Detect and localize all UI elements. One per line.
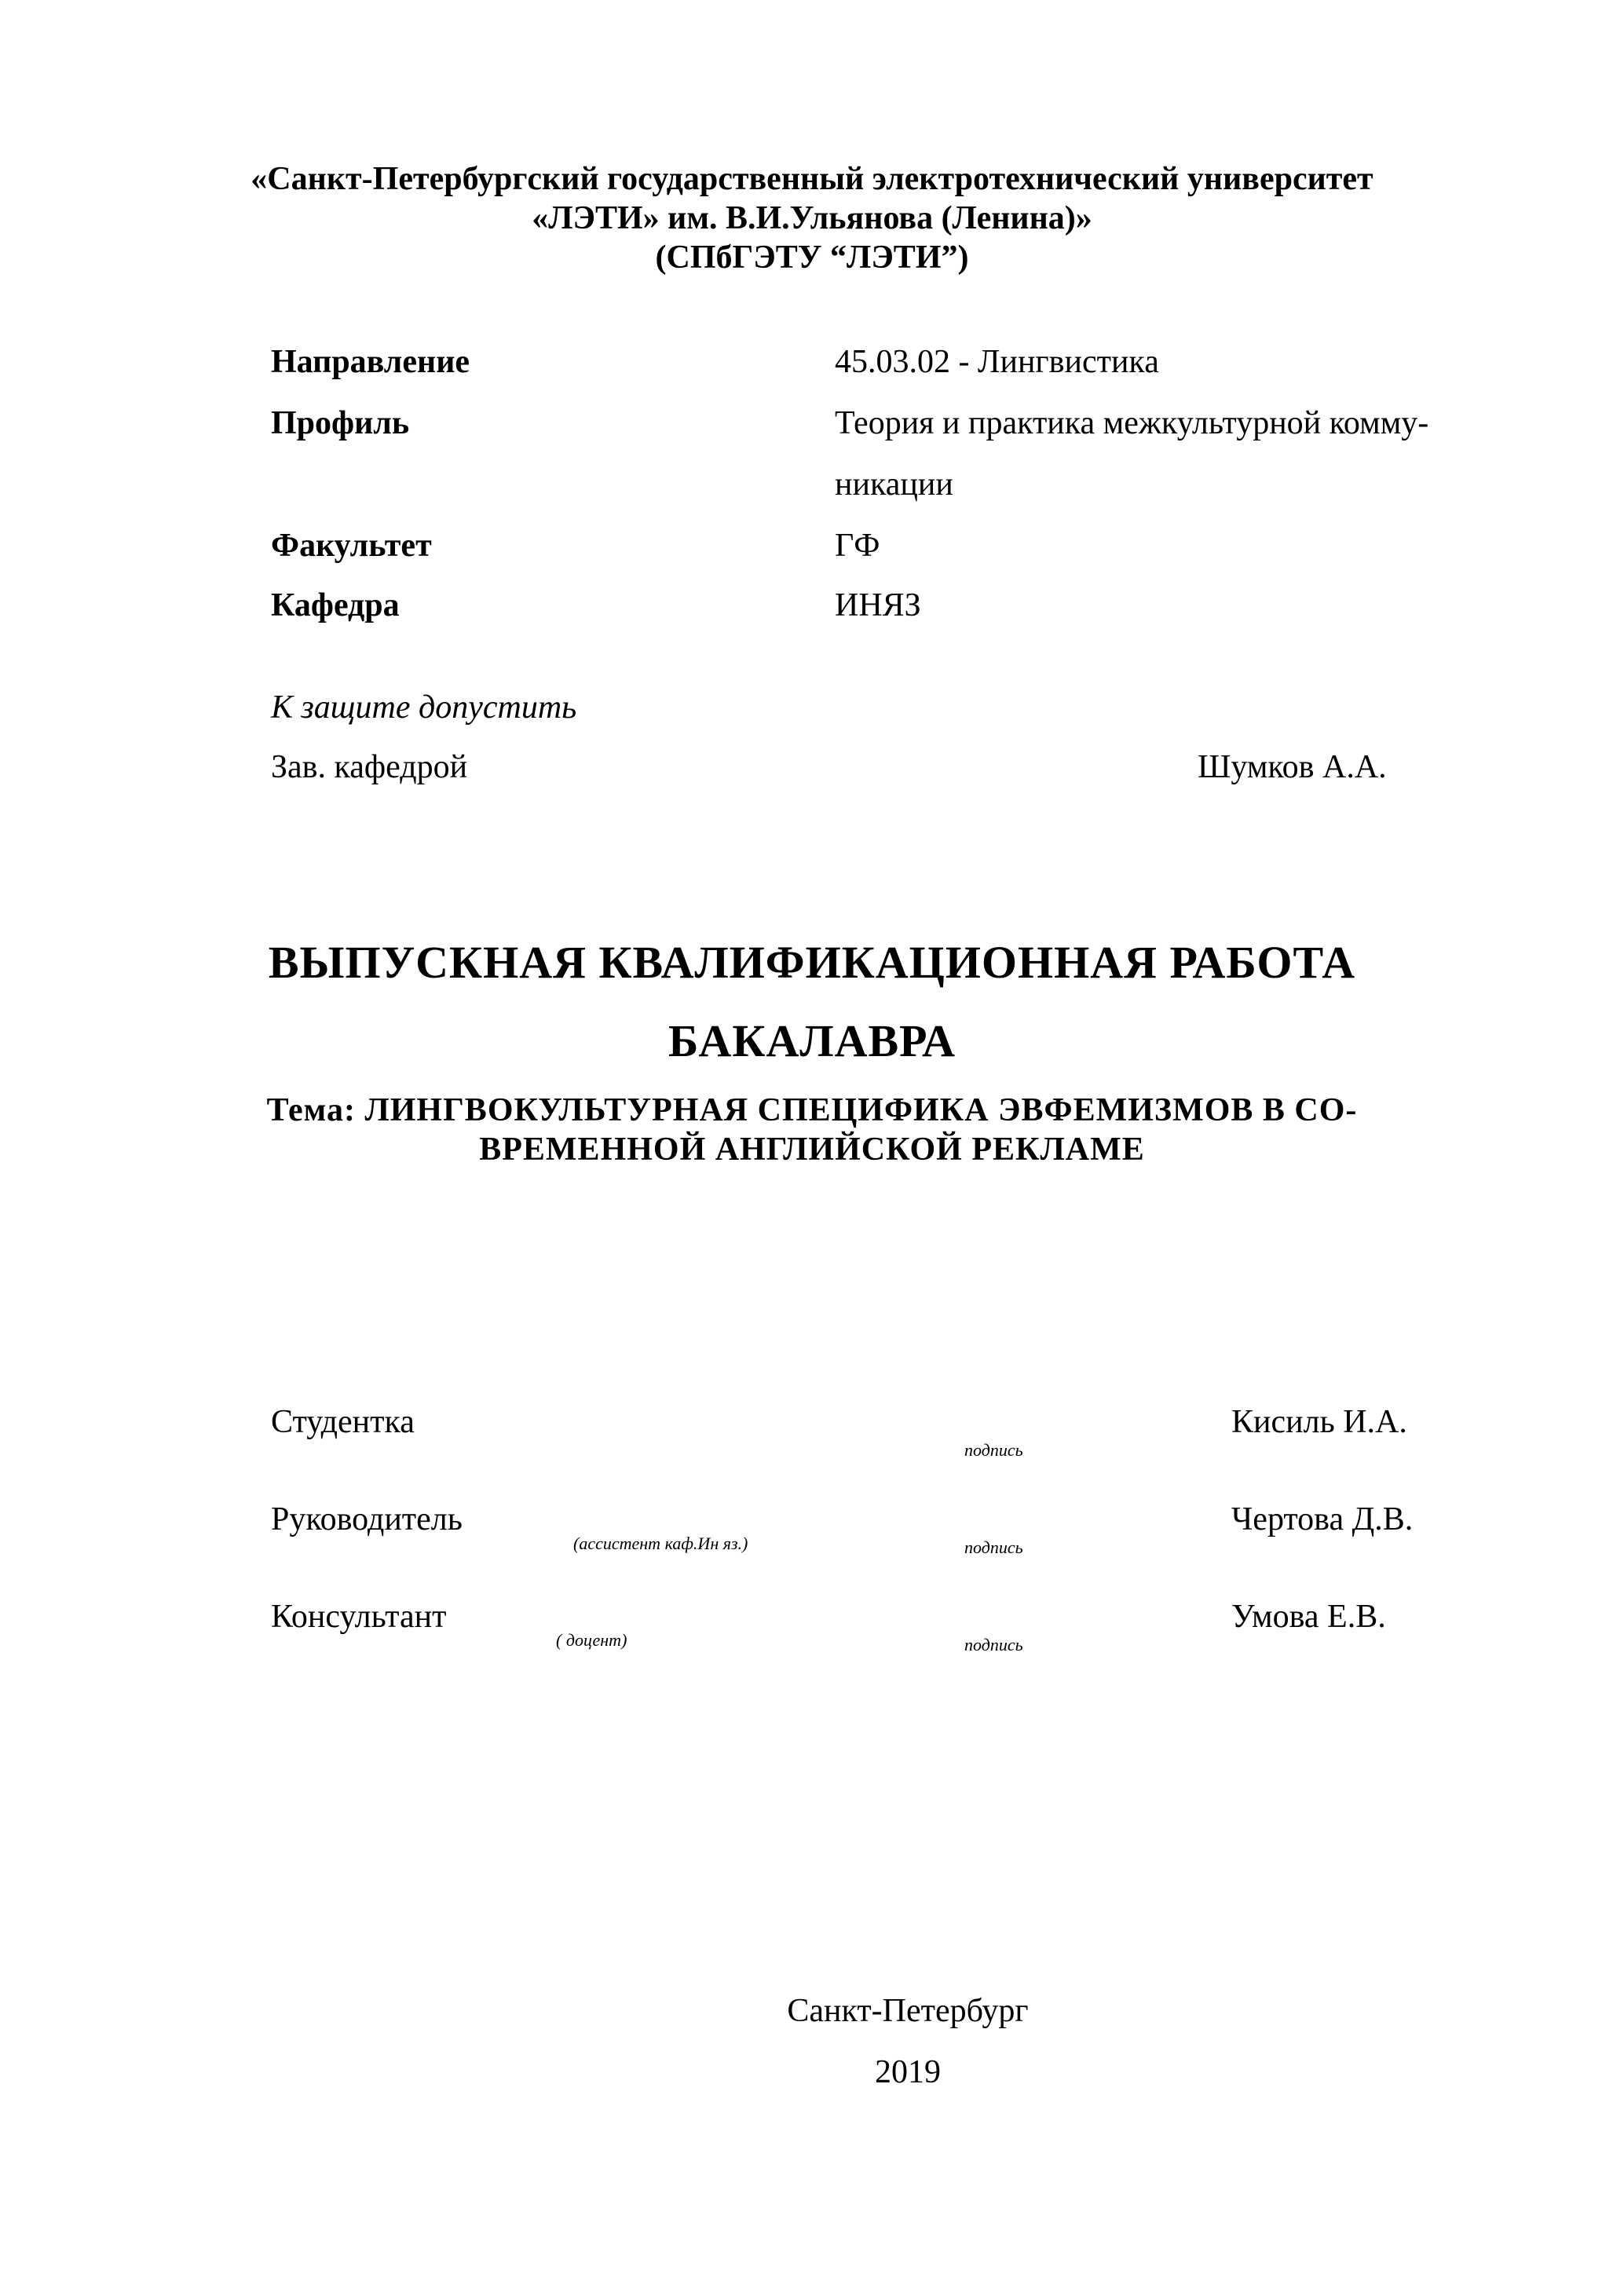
admit-to-defense: К защите допустить: [271, 691, 576, 724]
document-title-line2: БАКАЛАВРА: [0, 1018, 1624, 1064]
signature-name-consultant: Умова Е.В.: [1231, 1600, 1386, 1633]
info-value-faculty: ГФ: [835, 529, 880, 562]
year: 2019: [0, 2056, 1624, 2089]
info-value-profile-cont: никации: [835, 468, 953, 501]
info-value-profile: Теория и практика межкультурной комму-: [835, 407, 1428, 440]
thesis-topic-line1: Тема: ЛИНГВОКУЛЬТУРНАЯ СПЕЦИФИКА ЭВФЕМИЗ…: [0, 1094, 1624, 1127]
signature-role-consultant: Консультант: [271, 1600, 447, 1633]
info-label-profile: Профиль: [271, 407, 409, 440]
signature-name-supervisor: Чертова Д.В.: [1231, 1503, 1413, 1536]
thesis-topic-line2: ВРЕМЕННОЙ АНГЛИЙСКОЙ РЕКЛАМЕ: [0, 1133, 1624, 1166]
city: Санкт-Петербург: [0, 1994, 1624, 2027]
signature-name-student: Кисиль И.А.: [1231, 1406, 1407, 1439]
info-label-faculty: Факультет: [271, 529, 432, 562]
signature-position-supervisor: (ассистент каф.Ин яз.): [573, 1535, 748, 1552]
signature-hint-supervisor: подпись: [964, 1539, 1023, 1556]
info-label-direction: Направление: [271, 345, 470, 378]
head-of-department-label: Зав. кафедрой: [271, 751, 467, 784]
signature-position-consultant: ( доцент): [556, 1632, 627, 1649]
signature-role-supervisor: Руководитель: [271, 1503, 463, 1536]
signature-hint-consultant: подпись: [964, 1636, 1023, 1654]
signature-role-student: Студентка: [271, 1406, 415, 1439]
info-label-department: Кафедра: [271, 589, 400, 622]
info-value-department: ИНЯЗ: [835, 589, 921, 622]
head-of-department-name: Шумков А.А.: [1198, 751, 1387, 784]
university-abbreviation: (СПбГЭТУ “ЛЭТИ”): [0, 241, 1624, 274]
university-name-line1: «Санкт-Петербургский государственный эле…: [0, 163, 1624, 196]
info-value-direction: 45.03.02 - Лингвистика: [835, 345, 1159, 378]
university-name-line2: «ЛЭТИ» им. В.И.Ульянова (Ленина)»: [0, 202, 1624, 235]
document-title-line1: ВЫПУСКНАЯ КВАЛИФИКАЦИОННАЯ РАБОТА: [0, 940, 1624, 985]
signature-hint-student: подпись: [964, 1442, 1023, 1459]
